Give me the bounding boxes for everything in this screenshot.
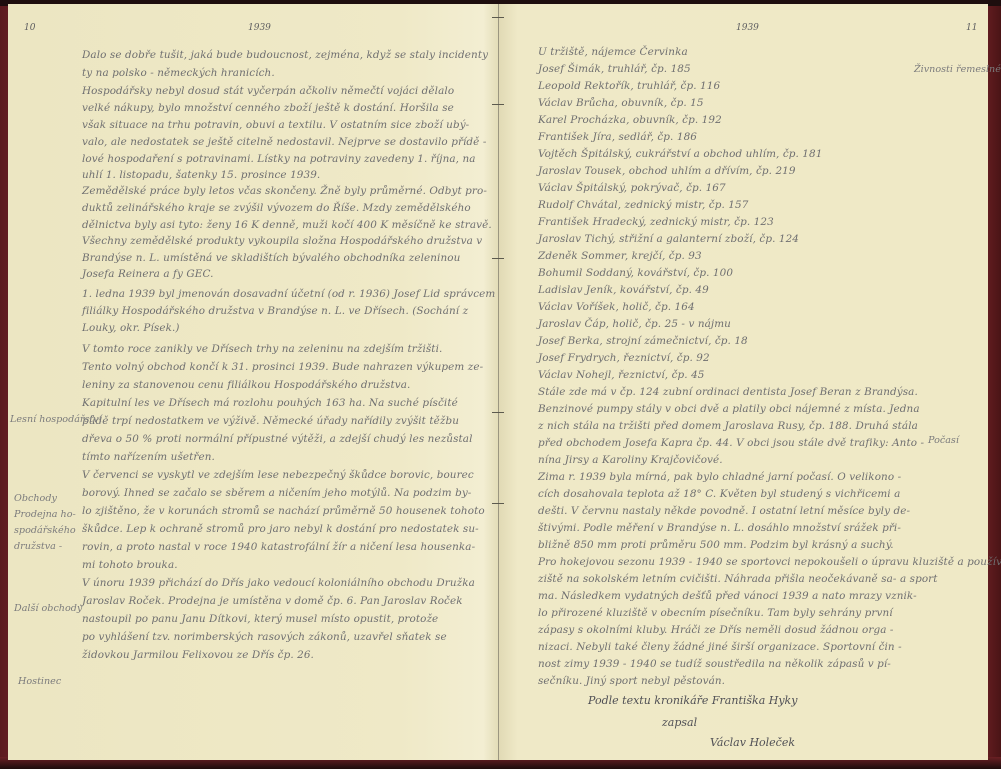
text-line: nost zimy 1939 - 1940 se tudíž soustředi…: [538, 656, 891, 674]
margin-note-other-shops: Další obchody: [14, 601, 82, 618]
text-line: lo přirozené kluziště v obecním písečník…: [538, 605, 893, 623]
text-line: ziště na sokolském letním cvičišti. Náhr…: [538, 571, 938, 589]
text-line: Tento volný obchod končí k 31. prosinci …: [82, 359, 483, 377]
list-item: Václav Špitálský, pokrývač, čp. 167: [538, 180, 726, 198]
stitch-mark: [492, 503, 504, 504]
list-item: Rudolf Chvátal, zednický mistr, čp. 157: [538, 197, 748, 215]
list-item: Václav Nohejl, řeznictví, čp. 45: [538, 367, 705, 385]
text-line: židovkou Jarmilou Felixovou ze Dřís čp. …: [82, 647, 314, 665]
list-item: Jaroslav Tousek, obchod uhlím a dřívím, …: [538, 163, 796, 181]
text-line: rovin, a proto nastal v roce 1940 katast…: [82, 539, 475, 557]
text-line: po vyhlášení tzv. norimberských rasových…: [82, 629, 447, 647]
text-line: sečníku. Jiný sport nebyl pěstován.: [538, 673, 725, 691]
text-line: mi tohoto brouka.: [82, 557, 178, 575]
text-line: tímto nařízením ušetřen.: [82, 449, 215, 467]
text-line: ty na polsko - německých hranicích.: [82, 65, 275, 83]
margin-note-trades: Živnosti řemeslné: [914, 62, 1001, 79]
text-line: Zemědělské práce byly letos včas skončen…: [82, 183, 487, 201]
text-line: 1. ledna 1939 byl jmenován dosavadní úče…: [82, 286, 495, 304]
list-item: Jaroslav Tichý, střižní a galanterní zbo…: [538, 231, 799, 249]
list-item: František Jíra, sedlář, čp. 186: [538, 129, 697, 147]
margin-note-forestry: Lesní hospodářství: [10, 412, 102, 429]
text-line: cích dosahovala teplota až 18° C. Květen…: [538, 486, 900, 504]
list-item: František Hradecký, zednický mistr, čp. …: [538, 214, 774, 232]
text-line: Jaroslav Roček. Prodejna je umístěna v d…: [82, 593, 463, 611]
margin-note-weather: Počasí: [928, 433, 959, 450]
text-line: z nich stála na tržišti před domem Jaros…: [538, 418, 918, 436]
text-line: zápasy s okolními kluby. Hráči ze Dřís n…: [538, 622, 894, 640]
text-line: před obchodem Josefa Kapra čp. 44. V obc…: [538, 435, 924, 453]
text-line: ma. Následkem vydatných dešťů před vánoc…: [538, 588, 917, 606]
text-line: nína Jirsy a Karoliny Krajčovičové.: [538, 452, 723, 470]
list-item: Zdeněk Sommer, krejčí, čp. 93: [538, 248, 702, 266]
text-line: dělnictva byly asi tyto: ženy 16 K denně…: [82, 217, 492, 235]
list-item: Ladislav Jeník, kovářství, čp. 49: [538, 282, 709, 300]
stitch-mark: [492, 258, 504, 259]
signature-credit: Podle textu kronikáře Františka Hyky: [588, 694, 797, 707]
margin-note-coop-3: družstva -: [14, 539, 62, 556]
text-line: štivými. Podle měření v Brandýse n. L. d…: [538, 520, 901, 538]
text-line: V tomto roce zanikly ve Dřísech trhy na …: [82, 341, 442, 359]
margin-note-shops: Obchody: [14, 491, 57, 508]
text-line: V červenci se vyskytl ve zdejším lese ne…: [82, 467, 474, 485]
text-line: však situace na trhu potravin, obuvi a t…: [82, 117, 469, 135]
text-line: Kapitulní les ve Dřísech má rozlohu pouh…: [82, 395, 458, 413]
text-line: nizaci. Nebyli také členy žádné jiné šir…: [538, 639, 902, 657]
list-item: Leopold Rektořík, truhlář, čp. 116: [538, 78, 720, 96]
text-line: půdě trpí nedostatkem ve výživě. Německé…: [82, 413, 459, 431]
text-line: valo, ale nedostatek se ještě citelně ne…: [82, 134, 486, 152]
list-item: Václav Brůcha, obuvník, čp. 15: [538, 95, 704, 113]
text-line: duktů zelinářského kraje se zvýšil vývoz…: [82, 200, 471, 218]
year-header-right: 1939: [736, 23, 759, 33]
text-line: lo zjištěno, že v korunách stromů se nac…: [82, 503, 485, 521]
text-line: Stále zde má v čp. 124 zubní ordinaci de…: [538, 384, 918, 402]
text-line: Louky, okr. Písek.): [82, 320, 180, 338]
signature-name: Václav Holeček: [710, 736, 795, 749]
text-line: uhlí 1. listopadu, šatenky 15. prosince …: [82, 167, 320, 185]
stitch-mark: [492, 17, 504, 18]
text-line: Zima r. 1939 byla mírná, pak bylo chladn…: [538, 469, 901, 487]
text-line: V únoru 1939 přichází do Dřís jako vedou…: [82, 575, 475, 593]
list-item: Josef Šimák, truhlář, čp. 185: [538, 61, 691, 79]
text-line: bližně 850 mm proti průměru 500 mm. Podz…: [538, 537, 894, 555]
text-line: nastoupil po panu Janu Dítkovi, který mu…: [82, 611, 438, 629]
text-line: Benzinové pumpy stály v obci dvě a plati…: [538, 401, 920, 419]
text-line: borový. Ihned se začalo se sběrem a niče…: [82, 485, 471, 503]
text-line: filiálky Hospodářského družstva v Brandý…: [82, 303, 468, 321]
list-item: Vojtěch Špitálský, cukrářství a obchod u…: [538, 146, 822, 164]
list-item: Josef Frydrych, řeznictví, čp. 92: [538, 350, 710, 368]
gutter: [498, 4, 499, 760]
text-line: Josefa Reinera a fy GEC.: [82, 266, 214, 284]
list-item: Jaroslav Čáp, holič, čp. 25 - v nájmu: [538, 316, 731, 334]
text-line: lové hospodaření s potravinami. Lístky n…: [82, 151, 476, 169]
text-line: leniny za stanovenou cenu filiálkou Hosp…: [82, 377, 410, 395]
margin-note-inns: Hostinec: [18, 674, 61, 691]
margin-note-coop-2: spodářského: [14, 523, 76, 540]
text-line: dřeva o 50 % proti normální přípustné vý…: [82, 431, 473, 449]
margin-note-coop-1: Prodejna ho-: [14, 507, 76, 524]
list-item: U tržiště, nájemce Červinka: [538, 44, 688, 62]
stitch-mark: [492, 104, 504, 105]
list-item: Bohumil Soddaný, kovářství, čp. 100: [538, 265, 733, 283]
page-number-right: 11: [966, 23, 977, 33]
text-line: Dalo se dobře tušit, jaká bude budoucnos…: [82, 47, 488, 65]
page-number-left: 10: [24, 23, 35, 33]
list-item: Josef Berka, strojní zámečnictví, čp. 18: [538, 333, 748, 351]
text-line: Brandýse n. L. umístěná ve skladištích b…: [82, 250, 460, 268]
stitch-mark: [492, 412, 504, 413]
list-item: Karel Procházka, obuvník, čp. 192: [538, 112, 722, 130]
signature-recorded-by: zapsal: [662, 716, 697, 729]
text-line: Hospodářsky nebyl dosud stát vyčerpán ač…: [82, 83, 454, 101]
text-line: Všechny zemědělské produkty vykoupila sl…: [82, 233, 482, 251]
text-line: škůdce. Lep k ochraně stromů pro jaro ne…: [82, 521, 479, 539]
text-line: dešti. V červnu nastaly někde povodně. I…: [538, 503, 910, 521]
text-line: Pro hokejovou sezonu 1939 - 1940 se spor…: [538, 554, 1001, 572]
year-header-left: 1939: [248, 23, 271, 33]
text-line: velké nákupy, bylo množství cenného zbož…: [82, 100, 454, 118]
list-item: Václav Voříšek, holič, čp. 164: [538, 299, 695, 317]
